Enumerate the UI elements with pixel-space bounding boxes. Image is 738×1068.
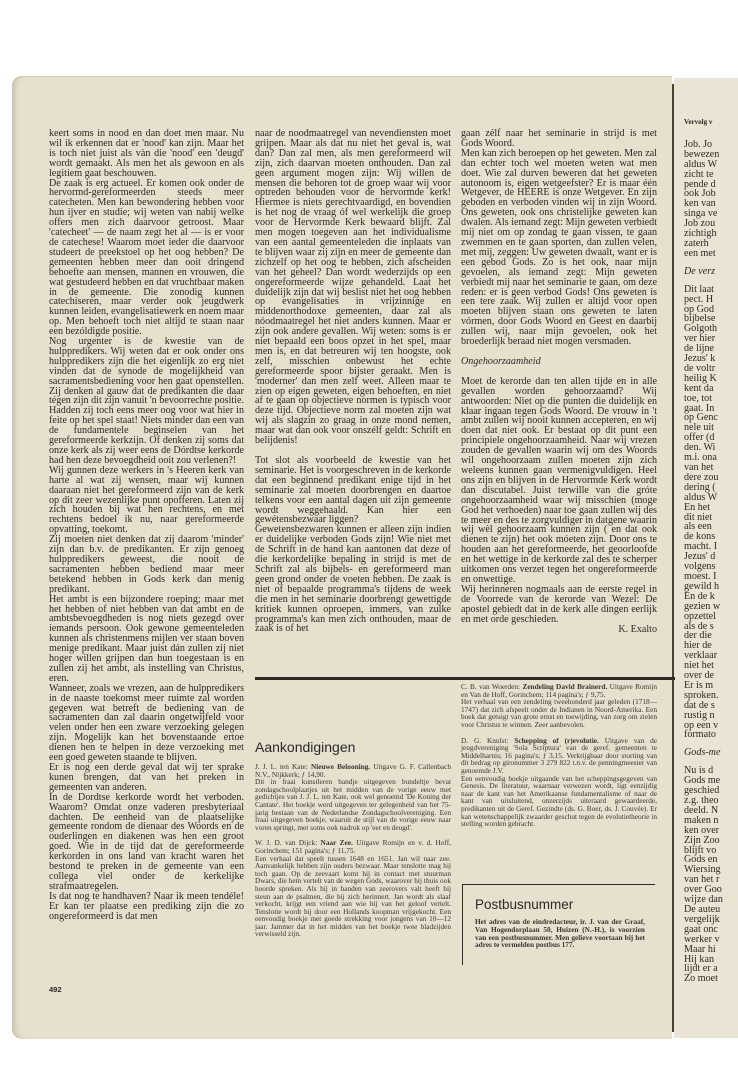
- paragraph: Er is nog een derde geval dat wij ter sp…: [49, 763, 244, 793]
- right-page-fragment: Vervolg v Job. Jobewezenaldus Wzicht tep…: [674, 78, 738, 1038]
- announcement-review: Een eenvoudig boekje uitgaande van het s…: [461, 775, 657, 828]
- subheading-ongehoorzaamheid: Ongehoorzaamheid: [461, 357, 657, 367]
- right-lines-2: Dit laatpect. Hop GodbijbelseGolgothver …: [684, 285, 738, 741]
- paragraph: Het ambt is een bijzondere roeping; maar…: [49, 595, 244, 684]
- announcement-review: Een verhaal dat speelt tussen 1648 en 16…: [255, 855, 451, 939]
- article-column-2: naar de noodmaatregel van nevendiensten …: [255, 129, 451, 634]
- notice-box-postbusnummer: Postbusnummer Het adres van de eindredac…: [462, 884, 655, 965]
- announcement-item: C. B. van Woerden: Zendeling David Brain…: [461, 683, 657, 729]
- text-line: Zo moet: [684, 974, 738, 984]
- text-line: opzettel: [684, 612, 738, 622]
- article-column-3: gaan zélf naar het seminarie in strijd i…: [461, 129, 657, 634]
- column3-body-before: gaan zélf naar het seminarie in strijd i…: [461, 129, 657, 347]
- right-subheading-2: Gods-me: [684, 748, 738, 758]
- section-divider: [255, 677, 675, 680]
- paragraph: Zij moeten niet denken dat zij daarom 'm…: [49, 535, 244, 594]
- paragraph: keert soms in nood en dan doet men maar.…: [49, 129, 244, 179]
- text-line: Maar hi: [684, 945, 738, 955]
- announcement-item: D. G. Knulst: Schepping of (r)evolutie. …: [461, 737, 657, 828]
- announcements-title: Aankondigingen: [255, 739, 355, 755]
- paragraph: Nog urgenter is de kwestie van de hulppr…: [49, 337, 244, 466]
- right-lines-3: Nu is dGods megeschiedz.g. theodeeld. Nm…: [684, 766, 738, 984]
- announcement-review: Het verhaal van een zendeling tweehonder…: [461, 698, 657, 728]
- paragraph: In de Dordtse kerkorde wordt het verbode…: [49, 793, 244, 892]
- notice-text: Het adres van de eindredacteur, ir. J. v…: [475, 918, 645, 949]
- right-page-column: Vervolg v Job. Jobewezenaldus Wzicht tep…: [684, 118, 738, 984]
- page-number: 492: [49, 985, 62, 994]
- article-column-1: keert soms in nood en dan doet men maar.…: [49, 129, 244, 922]
- paragraph: Is dat nog te handhaven? Naar ik meen te…: [49, 892, 244, 922]
- text-line: formato: [684, 730, 738, 740]
- paragraph: Men kan zich beroepen op het geweten. Me…: [461, 149, 657, 347]
- paragraph: Wij herinneren nogmaals aan de eerste re…: [461, 585, 657, 625]
- announcement-citation: J. J. L. ten Kate: Nieuwe Belooning. Uit…: [255, 763, 451, 778]
- author-signature: K. Exalto: [461, 625, 657, 635]
- announcement-item: W. J. D. van Dijck: Naar Zee. Uitgave Ro…: [255, 839, 451, 938]
- announcement-citation: C. B. van Woerden: Zendeling David Brain…: [461, 683, 657, 698]
- right-lines-1: Job. Jobewezenaldus Wzicht tepende dook …: [684, 140, 738, 259]
- paragraph: Tot slot als voorbeeld de kwestie van he…: [255, 456, 451, 525]
- column3-body-after: Moet de kerorde dan ten allen tijde en i…: [461, 377, 657, 625]
- announcement-citation: W. J. D. van Dijck: Naar Zee. Uitgave Ro…: [255, 839, 451, 854]
- announcements-column-2: J. J. L. ten Kate: Nieuwe Belooning. Uit…: [255, 763, 451, 946]
- paragraph: gaan zélf naar het seminarie in strijd i…: [461, 129, 657, 149]
- notice-title: Postbusnummer: [475, 897, 573, 912]
- paragraph: Wij gunnen deze werkers in 's Heeren ker…: [49, 466, 244, 535]
- announcement-item: J. J. L. ten Kate: Nieuwe Belooning. Uit…: [255, 763, 451, 831]
- paragraph: Moet de kerorde dan ten allen tijde en i…: [461, 377, 657, 585]
- announcement-review: Dit in fraai kunstleren bandje uitgegeve…: [255, 778, 451, 831]
- paragraph: naar de noodmaatregel van nevendiensten …: [255, 129, 451, 446]
- paragraph: Gewetensbezwaren kunnen er alleen zijn i…: [255, 525, 451, 634]
- announcements-column-3: C. B. van Woerden: Zendeling David Brain…: [461, 683, 657, 836]
- text-line: pect. H: [684, 295, 738, 305]
- paragraph: De zaak is erg actueel. Er komen ook ond…: [49, 179, 244, 338]
- right-subheading-1: De verz: [684, 267, 738, 277]
- text-line: een met: [684, 249, 738, 259]
- continuation-heading: Vervolg v: [684, 118, 738, 128]
- paragraph: Wanneer, zoals we vrezen, aan de hulppre…: [49, 684, 244, 763]
- announcement-citation: D. G. Knulst: Schepping of (r)evolutie. …: [461, 737, 657, 775]
